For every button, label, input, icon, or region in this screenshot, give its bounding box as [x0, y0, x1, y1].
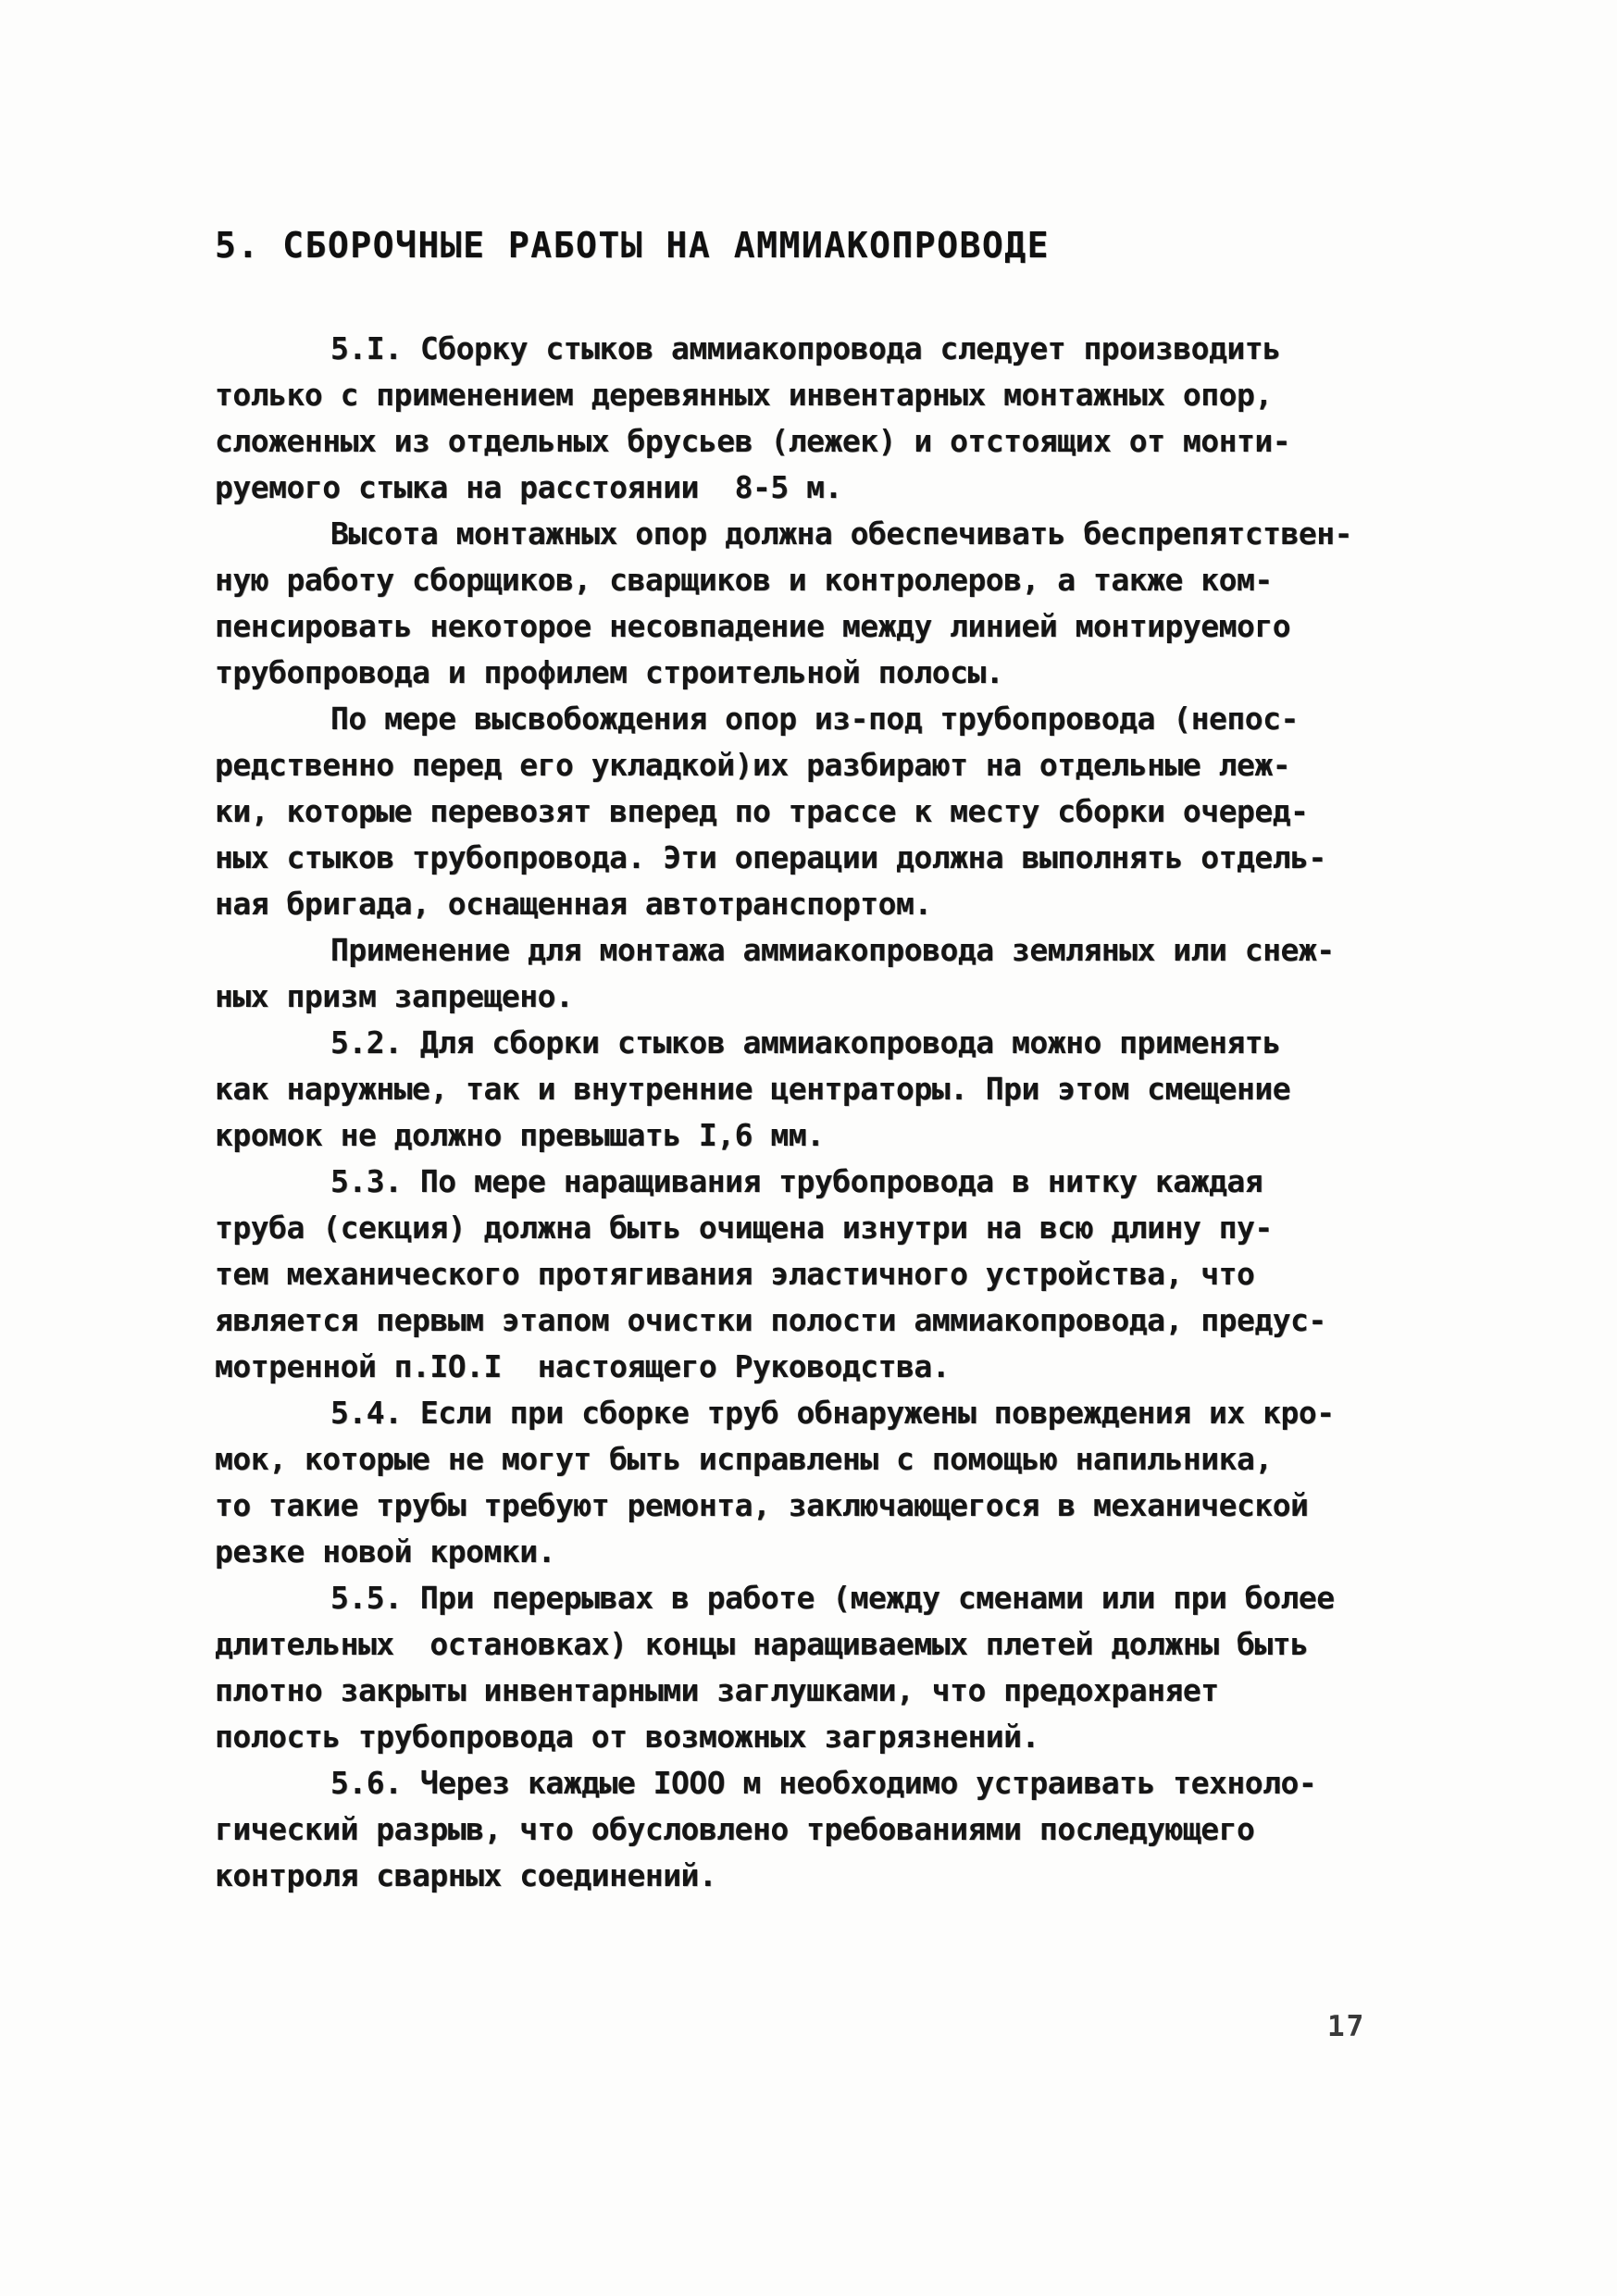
text-line: редственно перед его укладкой)их разбира…	[215, 742, 1492, 788]
paragraph: 5.3. По мере наращивания трубопровода в …	[215, 1159, 1492, 1390]
page-number: 17	[1327, 2010, 1365, 2043]
paragraph: 5.6. Через каждые IOOO м необходимо устр…	[215, 1760, 1492, 1899]
paragraph: 5.I. Сборку стыков аммиакопровода следуе…	[215, 326, 1492, 511]
text-line: контроля сварных соединений.	[215, 1853, 1492, 1899]
text-line: По мере высвобождения опор из-под трубоп…	[215, 696, 1492, 742]
text-line: является первым этапом очистки полости а…	[215, 1297, 1492, 1344]
text-line: гический разрыв, что обусловлено требова…	[215, 1806, 1492, 1853]
paragraph: 5.5. При перерывах в работе (между смена…	[215, 1575, 1492, 1760]
text-line: как наружные, так и внутренние центратор…	[215, 1066, 1492, 1112]
paragraph: Высота монтажных опор должна обеспечиват…	[215, 511, 1492, 696]
text-line: 5.6. Через каждые IOOO м необходимо устр…	[215, 1760, 1492, 1806]
text-line: ная бригада, оснащенная автотранспортом.	[215, 881, 1492, 927]
text-line: то такие трубы требуют ремонта, заключаю…	[215, 1483, 1492, 1529]
text-line: сложенных из отдельных брусьев (лежек) и…	[215, 418, 1492, 465]
section-heading: 5. СБОРОЧНЫЕ РАБОТЫ НА АММИАКОПРОВОДЕ	[215, 225, 1050, 266]
paragraph: 5.2. Для сборки стыков аммиакопровода мо…	[215, 1020, 1492, 1159]
text-line: резке новой кромки.	[215, 1529, 1492, 1575]
text-line: труба (секция) должна быть очищена изнут…	[215, 1205, 1492, 1251]
text-line: Применение для монтажа аммиакопровода зе…	[215, 927, 1492, 974]
text-line: ки, которые перевозят вперед по трассе к…	[215, 788, 1492, 835]
text-line: мок, которые не могут быть исправлены с …	[215, 1436, 1492, 1483]
text-line: кромок не должно превышать I,6 мм.	[215, 1112, 1492, 1159]
text-line: плотно закрыты инвентарными заглушками, …	[215, 1668, 1492, 1714]
text-line: 5.2. Для сборки стыков аммиакопровода мо…	[215, 1020, 1492, 1066]
text-line: трубопровода и профилем строительной пол…	[215, 650, 1492, 696]
text-line: Высота монтажных опор должна обеспечиват…	[215, 511, 1492, 557]
text-line: 5.4. Если при сборке труб обнаружены пов…	[215, 1390, 1492, 1436]
text-line: тем механического протягивания эластично…	[215, 1251, 1492, 1297]
text-line: 5.I. Сборку стыков аммиакопровода следуе…	[215, 326, 1492, 372]
document-page: 5. СБОРОЧНЫЕ РАБОТЫ НА АММИАКОПРОВОДЕ 5.…	[0, 0, 1617, 2296]
text-line: ных стыков трубопровода. Эти операции до…	[215, 835, 1492, 881]
document-body: 5.I. Сборку стыков аммиакопровода следуе…	[215, 326, 1492, 1899]
text-line: ных призм запрещено.	[215, 974, 1492, 1020]
paragraph: По мере высвобождения опор из-под трубоп…	[215, 696, 1492, 927]
text-line: мотренной п.IO.I настоящего Руководства.	[215, 1344, 1492, 1390]
paragraph: Применение для монтажа аммиакопровода зе…	[215, 927, 1492, 1020]
text-line: полость трубопровода от возможных загряз…	[215, 1714, 1492, 1760]
text-line: руемого стыка на расстоянии 8-5 м.	[215, 465, 1492, 511]
paragraph: 5.4. Если при сборке труб обнаружены пов…	[215, 1390, 1492, 1575]
text-line: длительных остановках) концы наращиваемы…	[215, 1621, 1492, 1668]
text-line: 5.3. По мере наращивания трубопровода в …	[215, 1159, 1492, 1205]
text-line: только с применением деревянных инвентар…	[215, 372, 1492, 418]
text-line: ную работу сборщиков, сварщиков и контро…	[215, 557, 1492, 603]
text-line: пенсировать некоторое несовпадение между…	[215, 603, 1492, 650]
text-line: 5.5. При перерывах в работе (между смена…	[215, 1575, 1492, 1621]
